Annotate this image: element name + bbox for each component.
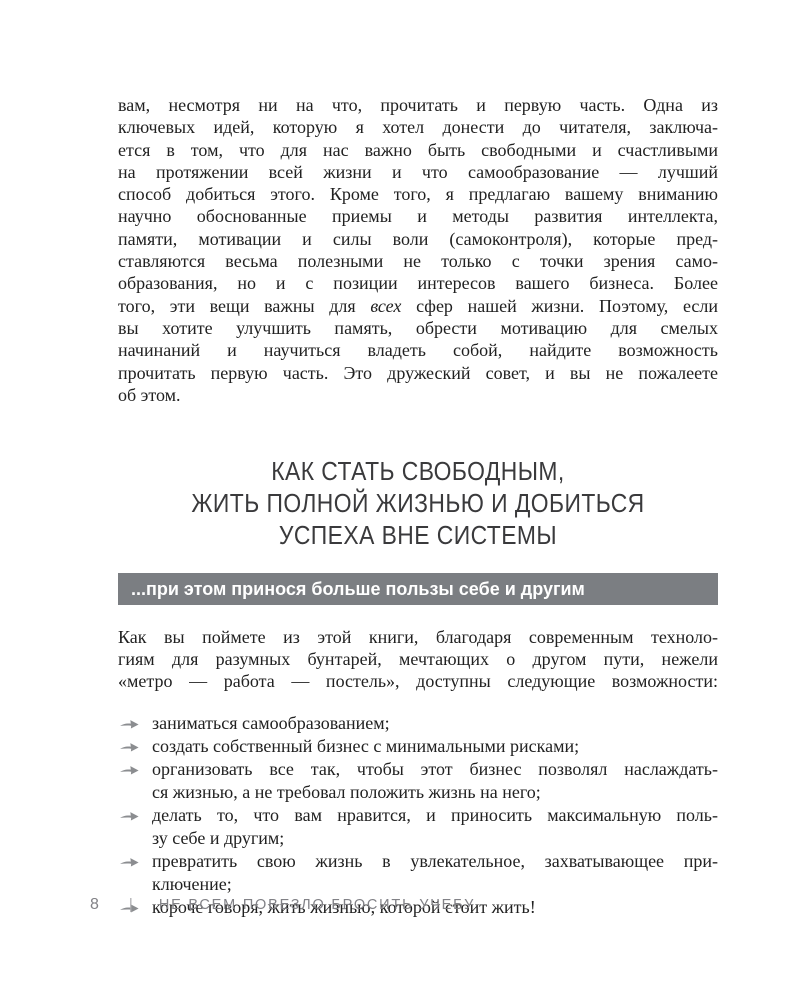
arrow-bullet-icon (119, 763, 140, 776)
text-line: ключевых идей, которую я хотел донести д… (118, 116, 718, 138)
text-segment: прочитать первую часть. Это дружеский со… (118, 363, 718, 383)
text-line: «метро — работа — постель», доступны сле… (118, 670, 718, 692)
list-item-line: создать собственный бизнес с минимальным… (152, 735, 718, 758)
lead-paragraph: Как вы поймете из этой книги, благодаря … (118, 626, 718, 693)
list-item-line: зу себе и другим; (152, 827, 718, 850)
text-segment: научно обоснованные приемы и методы разв… (118, 206, 718, 226)
list-item-line: делать то, что вам нравится, и приносить… (152, 804, 718, 827)
text-line: того, эти вещи важны для всех сфер нашей… (118, 295, 718, 317)
footer-divider: | (129, 896, 133, 913)
text-segment: образования, но и с позиции интересов ва… (118, 273, 718, 293)
list-item: заниматься самообразованием; (118, 712, 718, 735)
text-segment: способ добиться этого. Кроме того, я пре… (118, 184, 718, 204)
arrow-bullet-icon (119, 740, 140, 753)
section-heading: КАК СТАТЬ СВОБОДНЫМ,ЖИТЬ ПОЛНОЙ ЖИЗНЬЮ И… (118, 455, 718, 551)
benefits-list: заниматься самообразованием;создать собс… (118, 712, 718, 919)
list-item: делать то, что вам нравится, и приносить… (118, 804, 718, 850)
text-column: вам, несмотря ни на что, прочитать и пер… (118, 0, 718, 919)
heading-line: ЖИТЬ ПОЛНОЙ ЖИЗНЬЮ И ДОБИТЬСЯ (154, 487, 682, 519)
text-line: начинаний и научиться владеть собой, най… (118, 339, 718, 361)
text-segment: «метро — работа — постель», доступны сле… (118, 671, 718, 691)
text-line: на протяжении всей жизни и что самообраз… (118, 161, 718, 183)
text-line: гиям для разумных бунтарей, мечтающих о … (118, 648, 718, 670)
text-line: вы хотите улучшить память, обрести мотив… (118, 317, 718, 339)
arrow-bullet-icon (119, 855, 140, 868)
list-item: создать собственный бизнес с минимальным… (118, 735, 718, 758)
book-page: вам, несмотря ни на что, прочитать и пер… (0, 0, 800, 919)
text-segment: гиям для разумных бунтарей, мечтающих о … (118, 649, 718, 669)
text-line: вам, несмотря ни на что, прочитать и пер… (118, 94, 718, 116)
list-item-line: ся жизнью, а не требовал положить жизнь … (152, 781, 718, 804)
emphasized-word: всех (370, 296, 401, 316)
text-segment: Как вы поймете из этой книги, благодаря … (118, 627, 718, 647)
text-segment: ется в том, что для нас важно быть свобо… (118, 140, 718, 160)
list-item-line: превратить свою жизнь в увлекательное, з… (152, 850, 718, 873)
text-line: образования, но и с позиции интересов ва… (118, 272, 718, 294)
list-item: превратить свою жизнь в увлекательное, з… (118, 850, 718, 896)
text-line: об этом. (118, 384, 718, 406)
text-segment: на протяжении всей жизни и что самообраз… (118, 162, 718, 182)
arrow-bullet-icon (119, 717, 140, 730)
text-segment: вам, несмотря ни на что, прочитать и пер… (118, 95, 718, 115)
page-number: 8 (90, 896, 99, 914)
text-line: ется в том, что для нас важно быть свобо… (118, 139, 718, 161)
text-line: научно обоснованные приемы и методы разв… (118, 205, 718, 227)
subtitle-banner: ...при этом принося больше пользы себе и… (118, 573, 718, 605)
list-item-line: заниматься самообразованием; (152, 712, 718, 735)
text-line: способ добиться этого. Кроме того, я пре… (118, 183, 718, 205)
text-line: памяти, мотивации и силы воли (самоконтр… (118, 228, 718, 250)
heading-line: КАК СТАТЬ СВОБОДНЫМ, (154, 455, 682, 487)
text-segment: вы хотите улучшить память, обрести мотив… (118, 318, 718, 338)
text-segment: начинаний и научиться владеть собой, най… (118, 340, 718, 360)
arrow-bullet-icon (119, 809, 140, 822)
list-item: организовать все так, чтобы этот бизнес … (118, 758, 718, 804)
running-title: НЕ ВСЕМ ПОВЕЗЛО БРОСИТЬ УЧЕБУ (159, 897, 475, 913)
text-line: прочитать первую часть. Это дружеский со… (118, 362, 718, 384)
text-segment: ключевых идей, которую я хотел донести д… (118, 117, 718, 137)
text-segment: ставляются весьма полезными не только с … (118, 251, 718, 271)
text-line: Как вы поймете из этой книги, благодаря … (118, 626, 718, 648)
subtitle-banner-text: ...при этом принося больше пользы себе и… (131, 579, 585, 599)
text-segment: памяти, мотивации и силы воли (самоконтр… (118, 229, 718, 249)
page-footer: 8 | НЕ ВСЕМ ПОВЕЗЛО БРОСИТЬ УЧЕБУ (90, 896, 475, 914)
heading-line: УСПЕХА ВНЕ СИСТЕМЫ (154, 519, 682, 551)
text-segment: сфер нашей жизни. Поэтому, если (401, 296, 718, 316)
list-item-line: организовать все так, чтобы этот бизнес … (152, 758, 718, 781)
text-segment: того, эти вещи важны для (118, 296, 370, 316)
list-item-line: ключение; (152, 873, 718, 896)
text-segment: об этом. (118, 385, 181, 405)
text-line: ставляются весьма полезными не только с … (118, 250, 718, 272)
intro-paragraph: вам, несмотря ни на что, прочитать и пер… (118, 94, 718, 406)
